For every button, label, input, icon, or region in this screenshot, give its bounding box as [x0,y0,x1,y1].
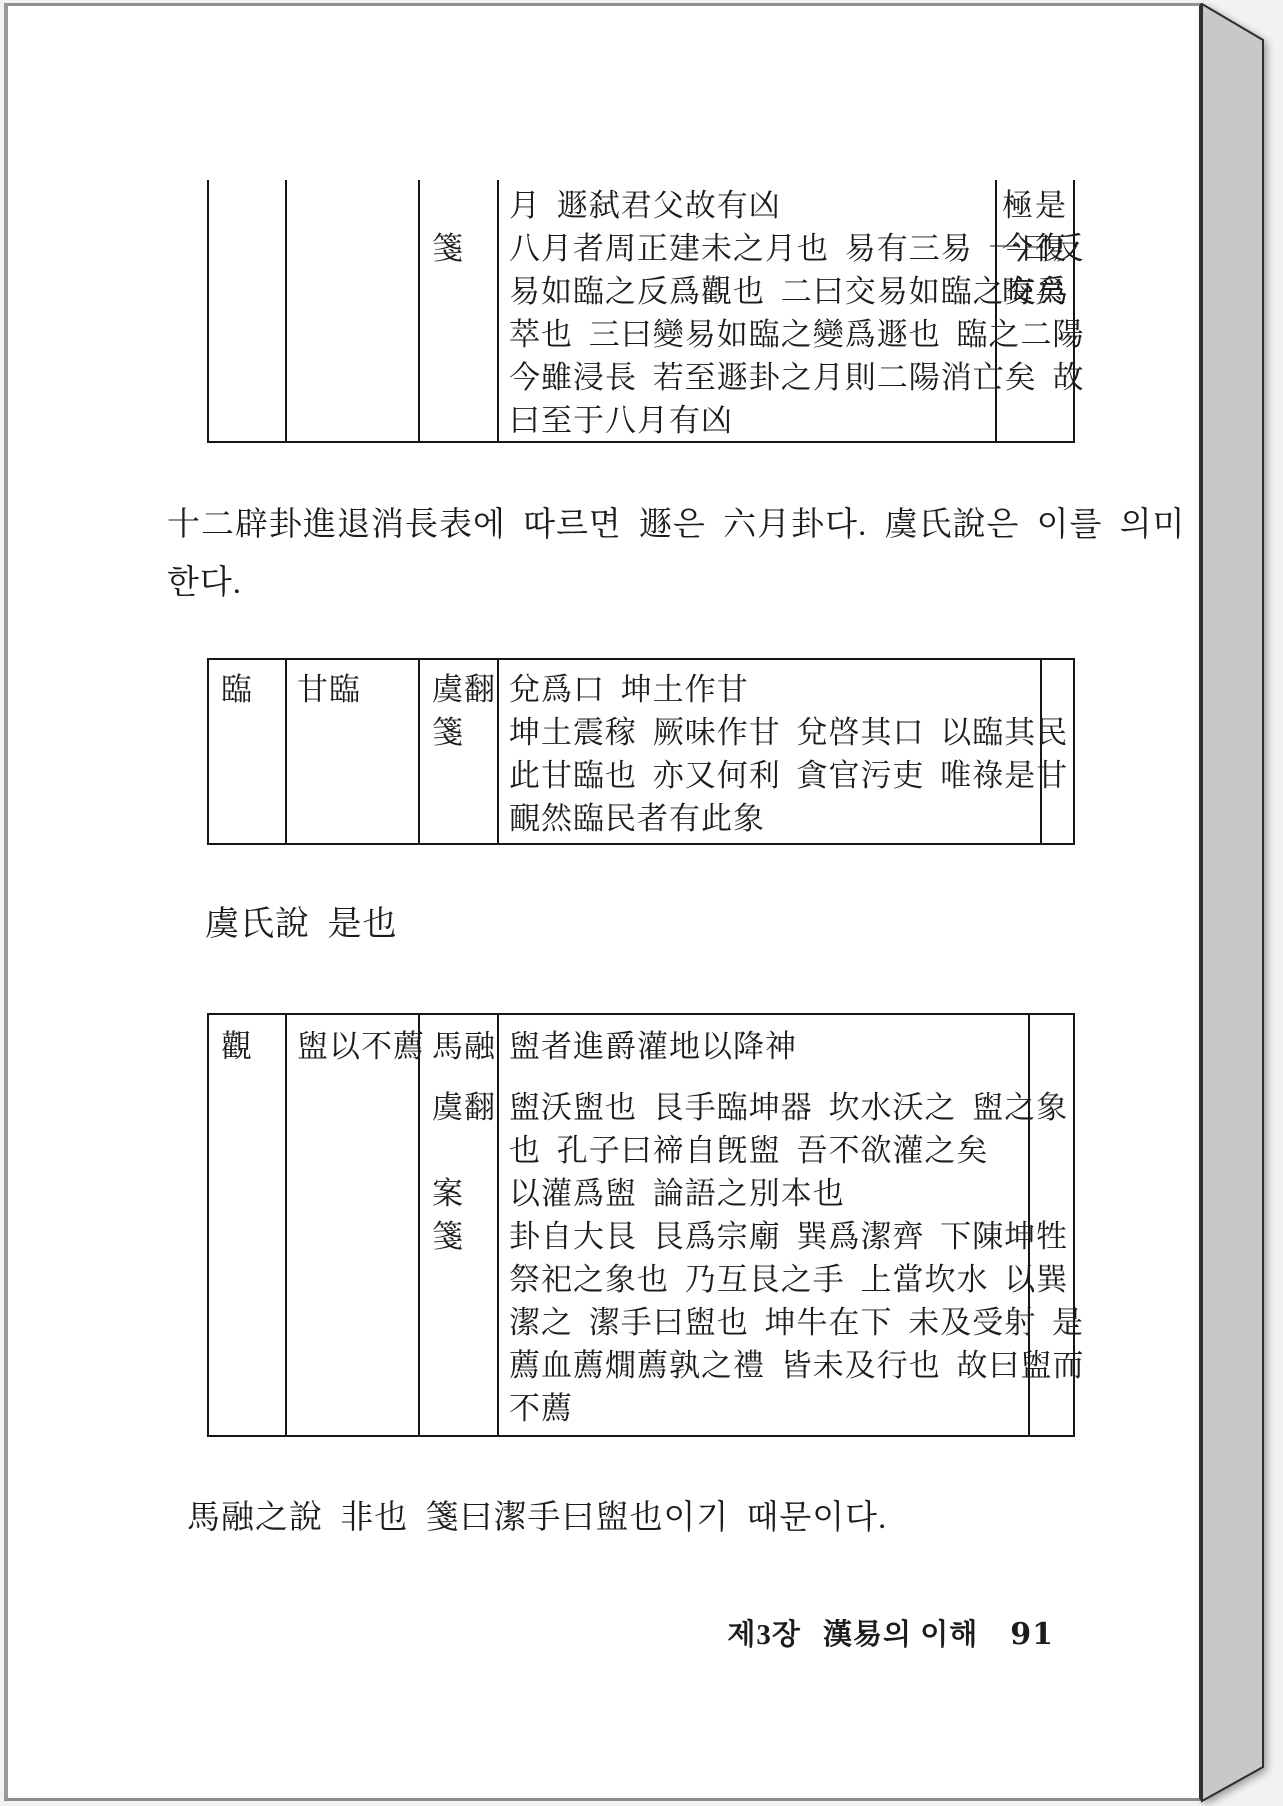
side-note-line: 晦矣 [997,270,1073,313]
commentator-label-column: 馬融 虞翻 案 箋 [432,1015,496,1435]
commentary-line: 盥者進爵灌地以降神 [509,1025,1024,1068]
commentary-line: 薦血薦燗薦孰之禮 皆未及行也 故曰盥而 [509,1344,1024,1387]
paragraph-line: 十二辟卦進退消長表에 따르면 遯은 六月卦다. 虞氏說은 이를 의미 [167,496,1185,554]
table-column-divider [497,660,499,843]
side-note-column [1042,660,1073,843]
phrase-cell: 盥以不薦 [297,1025,425,1068]
commentator-label: 箋 [432,227,496,270]
commentary-line: 靦然臨民者有此象 [509,797,1036,840]
body-paragraph-3: 馬融之說 非也 箋曰潔手曰盥也이기 때문이다. [187,1496,887,1540]
table-column-divider [285,1015,287,1435]
body-paragraph-1: 十二辟卦進退消長表에 따르면 遯은 六月卦다. 虞氏說은 이를 의미 한다. [167,496,1185,612]
table-column-divider [497,1015,499,1435]
commentary-line: 坤土震稼 厥味作甘 兌啓其口 以臨其民 [509,711,1036,754]
table-column-divider [285,180,287,441]
commentary-line: 月 遯弑君父故有凶 [509,184,991,227]
table-column-divider [418,660,420,843]
page-footer: 제3장 漢易의 이해 91 [727,1612,1054,1653]
commentary-line: 萃也 三曰變易如臨之變爲遯也 臨之二陽 [509,313,991,356]
scanned-book-page: 箋 月 遯弑君父故有凶 八月者周正建未之月也 易有三易 一曰反 易如臨之反爲觀也… [0,0,1283,1806]
side-note-column: 極是 今復 晦矣 [997,180,1073,441]
side-note-line: 今復 [997,227,1073,270]
phrase-cell: 甘臨 [297,668,361,711]
commentator-label: 箋 [432,711,496,754]
table-column-divider [418,180,420,441]
commentator-label: 箋 [432,1215,496,1258]
commentary-line: 潔之 潔手曰盥也 坤牛在下 未及受射 是 [509,1301,1024,1344]
body-paragraph-2: 虞氏說 是也 [205,903,398,947]
page-edge-shape [1202,4,1263,1801]
commentator-label-column: 箋 [432,180,496,441]
commentary-line: 也 孔子曰禘自旣盥 吾不欲灌之矣 [509,1129,1024,1172]
table-column-divider [285,660,287,843]
commentary-line: 祭祀之象也 乃互艮之手 上當坎水 以巽 [509,1258,1024,1301]
commentary-line: 今雖浸長 若至遯卦之月則二陽消亡矣 故 [509,356,991,399]
commentary-table-top: 箋 月 遯弑君父故有凶 八月者周正建未之月也 易有三易 一曰反 易如臨之反爲觀也… [207,180,1075,443]
book-page-edge [1201,3,1267,1804]
commentator-label: 馬融 [432,1025,496,1068]
commentator-label [432,1129,496,1172]
commentary-line: 以灌爲盥 論語之別本也 [509,1172,1024,1215]
commentator-label: 虞翻 [432,1086,496,1129]
commentary-line: 易如臨之反爲觀也 二曰交易如臨之交爲 [509,270,991,313]
commentary-text-column: 盥者進爵灌地以降神 盥沃盥也 艮手臨坤器 坎水沃之 盥之象 也 孔子曰禘自旣盥 … [509,1015,1024,1435]
chapter-title: 漢易의 이해 [823,1612,978,1653]
commentator-label-column: 虞翻 箋 [432,660,496,843]
table-column-divider [418,1015,420,1435]
commentator-label: 案 [432,1172,496,1215]
table-column-divider [497,180,499,441]
commentary-text-column: 月 遯弑君父故有凶 八月者周正建未之月也 易有三易 一曰反 易如臨之反爲觀也 二… [509,180,991,441]
commentary-line: 八月者周正建未之月也 易有三易 一曰反 [509,227,991,270]
paragraph-line: 한다. [167,554,1185,612]
chapter-label: 제3장 [727,1612,801,1653]
commentary-line: 不薦 [509,1387,1024,1430]
commentary-table-middle: 臨 甘臨 虞翻 箋 兌爲口 坤土作甘 坤土震稼 厥味作甘 兌啓其口 以臨其民 此… [207,658,1075,845]
commentary-line: 兌爲口 坤土作甘 [509,668,1036,711]
commentary-line: 曰至于八月有凶 [509,399,991,442]
hexagram-cell: 臨 [221,668,253,711]
commentary-line: 盥沃盥也 艮手臨坤器 坎水沃之 盥之象 [509,1086,1024,1129]
side-note-line: 極是 [997,184,1073,227]
commentary-line: 卦自大艮 艮爲宗廟 巽爲潔齊 下陳坤牲 [509,1215,1024,1258]
commentator-label: 虞翻 [432,668,496,711]
page-number: 91 [1010,1617,1054,1652]
commentary-table-bottom: 觀 盥以不薦 馬融 虞翻 案 箋 盥者進爵灌地以降神 盥沃盥也 艮手臨坤器 坎水… [207,1013,1075,1437]
commentary-text-column: 兌爲口 坤土作甘 坤土震稼 厥味作甘 兌啓其口 以臨其民 此甘臨也 亦又何利 貪… [509,660,1036,843]
commentary-line: 此甘臨也 亦又何利 貪官污吏 唯祿是甘 [509,754,1036,797]
commentator-label [432,184,496,227]
side-note-column [1030,1015,1073,1435]
hexagram-cell: 觀 [221,1025,253,1068]
